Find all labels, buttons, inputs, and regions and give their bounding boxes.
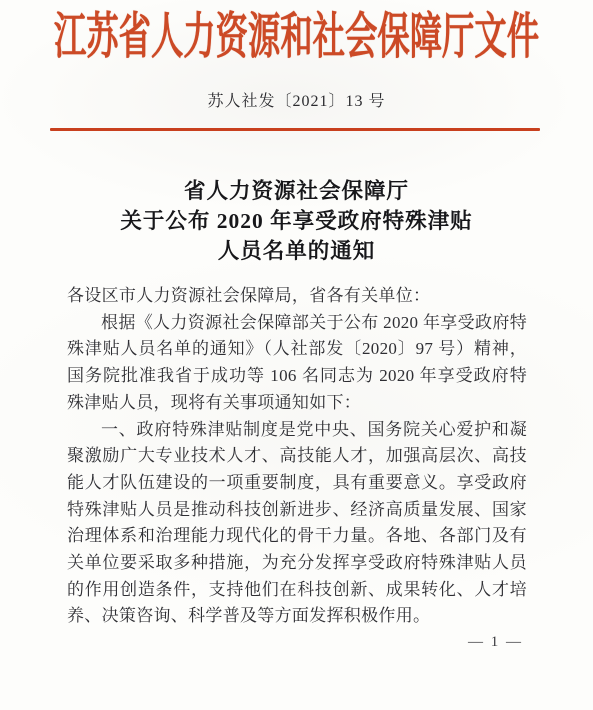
page-number: — 1 — (468, 634, 523, 651)
document-number: 苏人社发〔2021〕13 号 (0, 88, 593, 111)
notice-title-line-3: 人员名单的通知 (0, 236, 593, 266)
red-header-masthead: 江苏省人力资源和社会保障厅文件 (6, 14, 587, 64)
notice-title-line-1: 省人力资源社会保障厅 (0, 176, 593, 206)
paragraph-basis: 根据《人力资源社会保障部关于公布 2020 年享受政府特殊津贴人员名单的通知》（… (67, 310, 527, 417)
notice-body: 各设区市人力资源社会保障局，省各有关单位： 根据《人力资源社会保障部关于公布 2… (67, 283, 527, 630)
paragraph-item-one: 一、政府特殊津贴制度是党中央、国务院关心爱护和凝聚激励广大专业技术人才、高技能人… (67, 417, 527, 631)
notice-title-line-2: 关于公布 2020 年享受政府特殊津贴 (0, 206, 593, 236)
notice-title: 省人力资源社会保障厅 关于公布 2020 年享受政府特殊津贴 人员名单的通知 (0, 176, 593, 266)
document-page: 江苏省人力资源和社会保障厅文件 苏人社发〔2021〕13 号 省人力资源社会保障… (0, 0, 593, 710)
red-divider-rule (50, 128, 540, 131)
salutation-line: 各设区市人力资源社会保障局，省各有关单位： (67, 283, 527, 310)
